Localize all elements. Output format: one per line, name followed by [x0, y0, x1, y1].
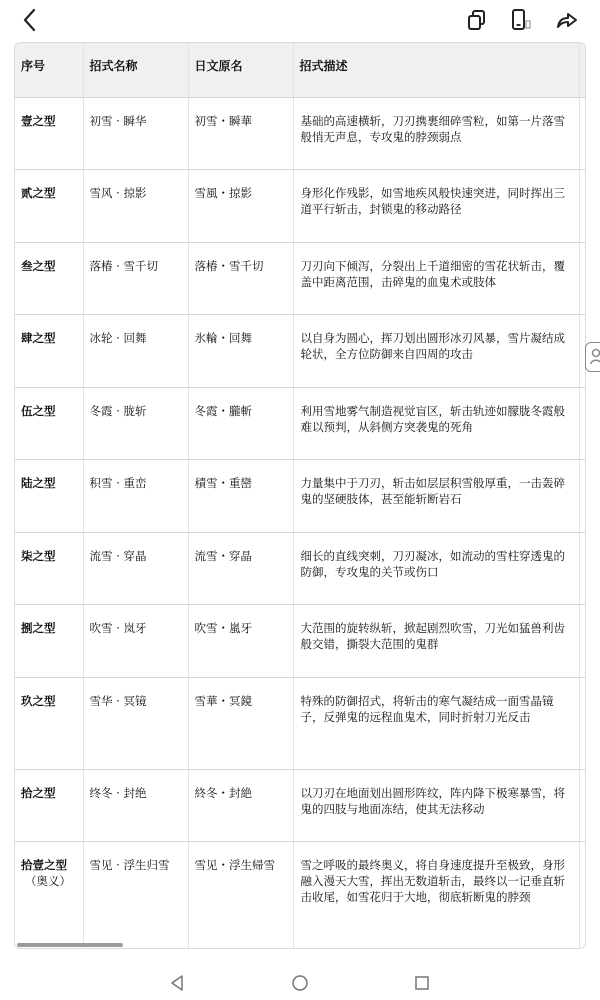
floating-assistant-handle[interactable] — [585, 342, 600, 372]
cell-jp-name: 氷輪・回舞 — [188, 315, 293, 388]
cell-name: 初雪 · 瞬华 — [83, 97, 188, 170]
cell-description: 基础的高速横斩，刀刃携裹细碎雪粒，如第一片落雪般悄无声息，专攻鬼的脖颈弱点 — [293, 97, 579, 170]
cell-extra — [579, 97, 586, 170]
header-seq: 序号 — [15, 43, 83, 97]
table-row: 肆之型 冰轮 · 回舞 氷輪・回舞 以自身为圆心，挥刀划出圆形冰刃风暴，雪片凝结… — [15, 315, 586, 388]
cell-extra — [579, 605, 586, 678]
share-button[interactable] — [554, 7, 580, 33]
seq-label: 拾之型 — [21, 786, 56, 800]
cell-seq: 叁之型 — [15, 242, 83, 315]
cell-seq: 拾壹之型 （奥义） — [15, 842, 83, 950]
cell-name: 吹雪 · 岚牙 — [83, 605, 188, 678]
cell-name: 雪风 · 掠影 — [83, 170, 188, 243]
cell-jp-name: 雪華・冥鏡 — [188, 677, 293, 769]
assistant-icon — [589, 347, 600, 367]
seq-label: 壹之型 — [21, 114, 56, 128]
cell-seq: 壹之型 — [15, 97, 83, 170]
back-button[interactable] — [18, 6, 42, 34]
cell-jp-name: 冬霞・朧斬 — [188, 387, 293, 460]
cell-name: 流雪 · 穿晶 — [83, 532, 188, 605]
table-header-row: 序号 招式名称 日文原名 招式描述 — [15, 43, 586, 97]
cell-extra — [579, 242, 586, 315]
top-toolbar — [0, 0, 600, 40]
header-extra — [579, 43, 586, 97]
cell-jp-name: 吹雪・嵐牙 — [188, 605, 293, 678]
table-row: 陆之型 积雪 · 重峦 積雪・重巒 力量集中于刀刃，斩击如层层积雪般厚重，一击轰… — [15, 460, 586, 533]
cell-name: 终冬 · 封绝 — [83, 769, 188, 842]
chevron-left-icon — [18, 6, 42, 34]
cell-description: 特殊的防御招式，将斩击的寒气凝结成一面雪晶镜子，反弹鬼的远程血鬼术，同时折射刀光… — [293, 677, 579, 769]
cell-seq: 捌之型 — [15, 605, 83, 678]
seq-label: 伍之型 — [21, 404, 56, 418]
cell-seq: 肆之型 — [15, 315, 83, 388]
table-row: 伍之型 冬霞 · 胧斩 冬霞・朧斬 利用雪地雾气制造视觉盲区，斩击轨迹如朦胧冬霞… — [15, 387, 586, 460]
cell-extra — [579, 387, 586, 460]
cell-seq: 贰之型 — [15, 170, 83, 243]
cell-extra — [579, 842, 586, 950]
system-nav-bar — [0, 965, 600, 1000]
table-row: 叁之型 落椿 · 雪千切 落椿・雪千切 刀刃向下倾泻，分裂出上千道细密的雪花状斩… — [15, 242, 586, 315]
techniques-table-container[interactable]: 序号 招式名称 日文原名 招式描述 壹之型 初雪 · 瞬华 初雪・瞬華 基础的高… — [14, 42, 586, 949]
cell-seq: 陆之型 — [15, 460, 83, 533]
seq-label: 玖之型 — [21, 694, 56, 708]
table-row: 柒之型 流雪 · 穿晶 流雪・穿晶 细长的直线突刺，刀刃凝冰，如流动的雪柱穿透鬼… — [15, 532, 586, 605]
home-circle-icon — [290, 973, 310, 993]
cell-description: 以自身为圆心，挥刀划出圆形冰刃风暴，雪片凝结成轮状，全方位防御来自四周的攻击 — [293, 315, 579, 388]
screen-mode-button[interactable] — [508, 7, 534, 33]
cell-seq: 柒之型 — [15, 532, 83, 605]
cell-jp-name: 雪见・浮生帰雪 — [188, 842, 293, 950]
phone-screen-icon — [508, 7, 534, 33]
back-triangle-icon — [168, 973, 188, 993]
techniques-table: 序号 招式名称 日文原名 招式描述 壹之型 初雪 · 瞬华 初雪・瞬華 基础的高… — [15, 43, 586, 949]
seq-label: 捌之型 — [21, 621, 56, 635]
cell-extra — [579, 677, 586, 769]
recents-square-icon — [412, 973, 432, 993]
copy-button[interactable] — [464, 7, 490, 33]
table-row: 壹之型 初雪 · 瞬华 初雪・瞬華 基础的高速横斩，刀刃携裹细碎雪粒，如第一片落… — [15, 97, 586, 170]
cell-jp-name: 積雪・重巒 — [188, 460, 293, 533]
cell-description: 雪之呼吸的最终奥义，将自身速度提升至极致，身形融入漫天大雪，挥出无数道斩击，最终… — [293, 842, 579, 950]
cell-description: 细长的直线突刺，刀刃凝冰，如流动的雪柱穿透鬼的防御，专攻鬼的关节或伤口 — [293, 532, 579, 605]
cell-extra — [579, 460, 586, 533]
cell-jp-name: 流雪・穿晶 — [188, 532, 293, 605]
cell-seq: 拾之型 — [15, 769, 83, 842]
cell-description: 刀刃向下倾泻，分裂出上千道细密的雪花状斩击，覆盖中距离范围，击碎鬼的血鬼术或肢体 — [293, 242, 579, 315]
cell-extra — [579, 769, 586, 842]
cell-description: 身形化作残影，如雪地疾风般快速突进，同时挥出三道平行斩击，封锁鬼的移动路径 — [293, 170, 579, 243]
cell-seq: 伍之型 — [15, 387, 83, 460]
cell-description: 大范围的旋转纵斩，掀起剧烈吹雪，刀光如猛兽利齿般交错，撕裂大范围的鬼群 — [293, 605, 579, 678]
cell-extra — [579, 532, 586, 605]
cell-name: 雪华 · 冥镜 — [83, 677, 188, 769]
header-name: 招式名称 — [83, 43, 188, 97]
cell-jp-name: 初雪・瞬華 — [188, 97, 293, 170]
seq-label: 拾壹之型 — [21, 858, 67, 872]
header-description: 招式描述 — [293, 43, 579, 97]
header-jp-name: 日文原名 — [188, 43, 293, 97]
table-row: 玖之型 雪华 · 冥镜 雪華・冥鏡 特殊的防御招式，将斩击的寒气凝结成一面雪晶镜… — [15, 677, 586, 769]
cell-jp-name: 落椿・雪千切 — [188, 242, 293, 315]
seq-label: 叁之型 — [21, 259, 56, 273]
cell-seq: 玖之型 — [15, 677, 83, 769]
cell-extra — [579, 170, 586, 243]
cell-jp-name: 終冬・封絶 — [188, 769, 293, 842]
cell-name: 积雪 · 重峦 — [83, 460, 188, 533]
cell-description: 利用雪地雾气制造视觉盲区，斩击轨迹如朦胧冬霞般难以预判，从斜侧方突袭鬼的死角 — [293, 387, 579, 460]
seq-sublabel: （奥义） — [21, 873, 77, 889]
share-icon — [554, 7, 580, 33]
table-row: 拾之型 终冬 · 封绝 終冬・封絶 以刀刃在地面划出圆形阵纹，阵内降下极寒暴雪，… — [15, 769, 586, 842]
table-row: 拾壹之型 （奥义） 雪见 · 浮生归雪 雪见・浮生帰雪 雪之呼吸的最终奥义，将自… — [15, 842, 586, 950]
cell-name: 雪见 · 浮生归雪 — [83, 842, 188, 950]
seq-label: 贰之型 — [21, 186, 56, 200]
seq-label: 陆之型 — [21, 476, 56, 490]
cell-name: 冬霞 · 胧斩 — [83, 387, 188, 460]
nav-back-button[interactable] — [168, 973, 188, 993]
table-row: 捌之型 吹雪 · 岚牙 吹雪・嵐牙 大范围的旋转纵斩，掀起剧烈吹雪，刀光如猛兽利… — [15, 605, 586, 678]
horizontal-scrollbar[interactable] — [17, 943, 123, 947]
copy-icon — [464, 7, 490, 33]
nav-recents-button[interactable] — [412, 973, 432, 993]
seq-label: 柒之型 — [21, 549, 56, 563]
cell-description: 以刀刃在地面划出圆形阵纹，阵内降下极寒暴雪，将鬼的四肢与地面冻结，使其无法移动 — [293, 769, 579, 842]
cell-description: 力量集中于刀刃，斩击如层层积雪般厚重，一击轰碎鬼的坚硬肢体，甚至能斩断岩石 — [293, 460, 579, 533]
cell-name: 冰轮 · 回舞 — [83, 315, 188, 388]
seq-label: 肆之型 — [21, 331, 56, 345]
cell-name: 落椿 · 雪千切 — [83, 242, 188, 315]
cell-jp-name: 雪風・掠影 — [188, 170, 293, 243]
nav-home-button[interactable] — [290, 973, 310, 993]
table-row: 贰之型 雪风 · 掠影 雪風・掠影 身形化作残影，如雪地疾风般快速突进，同时挥出… — [15, 170, 586, 243]
